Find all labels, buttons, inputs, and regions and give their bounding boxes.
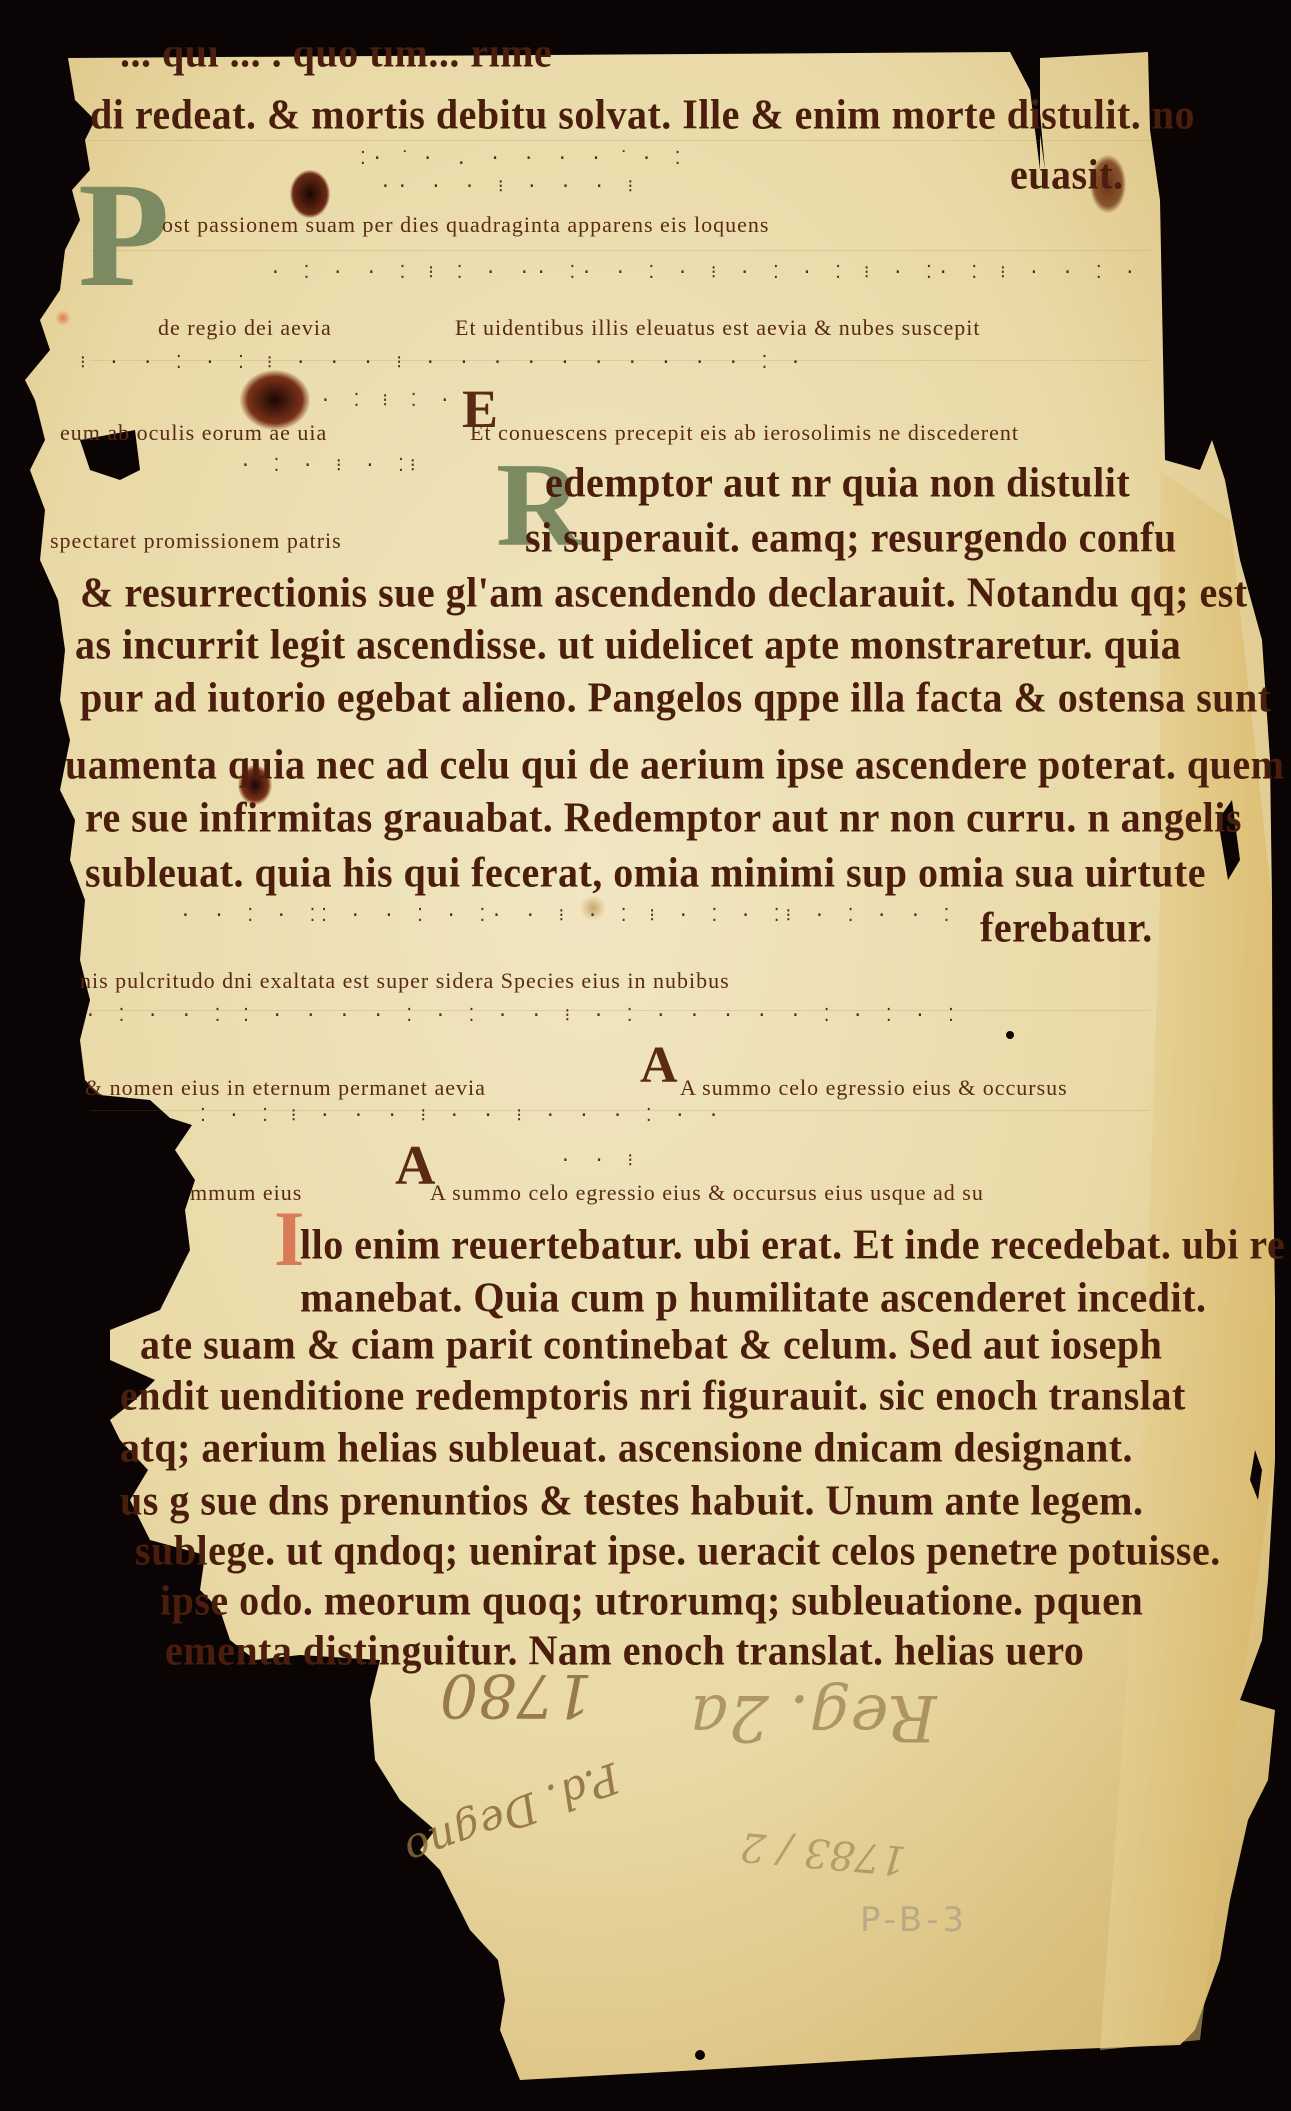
text-line: subleuat. quia his qui fecerat, omia min… <box>85 848 1206 897</box>
chant-text-line: Et conuescens precepit eis ab ierosolimi… <box>470 420 1019 446</box>
neume-row: ·· · · ⁝ · · · ⁝ <box>380 176 639 197</box>
chant-text-line: A summo celo egressio eius & occursus ei… <box>430 1180 984 1206</box>
text-line: euasit. <box>1010 150 1124 199</box>
chant-text-line: A summo celo egressio eius & occursus <box>680 1075 1068 1101</box>
text-line: edemptor aut nr quia non distulit <box>545 458 1130 507</box>
text-line: & resurrectionis sue gl'am ascendendo de… <box>80 568 1248 617</box>
chant-text-line: spectaret promissionem patris <box>50 528 342 554</box>
text-line: endit uenditione redemptoris nri figurau… <box>120 1371 1186 1420</box>
neume-row: · · ⁝ <box>560 1150 639 1171</box>
text-line: re sue infirmitas grauabat. Redemptor au… <box>85 793 1242 842</box>
neume-row: ⁝ · · ⁚ · ⁚ ⁝ · · · ⁝ · · · · · · · · · … <box>80 352 807 373</box>
text-line: us g sue dns prenuntios & testes habuit.… <box>120 1476 1143 1525</box>
text-line: manebat. Quia cum p humilitate ascendere… <box>300 1273 1206 1322</box>
burn-stain <box>290 170 330 218</box>
chant-text-line: ost passionem suam per dies quadraginta … <box>162 212 769 238</box>
text-line: si superauit. eamq; resurgendo confu <box>525 513 1177 562</box>
text-line: llo enim reuertebatur. ubi erat. Et inde… <box>300 1220 1285 1269</box>
neume-row: · ⁚ ⁝ ⁚ · <box>320 390 456 411</box>
ruling-line <box>90 250 1150 251</box>
chant-initial-a: A <box>640 1040 678 1092</box>
chant-text-line: nis pulcritudo dni exaltata est super si… <box>80 968 730 994</box>
neume-row: · ⁚ · ⁝ · ⁚⁝ <box>240 455 422 476</box>
neume-row: ⁚ · ⁚ ⁝ · · · ⁝ · · ⁝ · · · ⁚ · · <box>200 1105 725 1126</box>
ruling-line <box>90 140 1150 141</box>
chant-text-line: eum ab oculis eorum ae uia <box>60 420 327 446</box>
neume-row: · ⁚ · · ⁚ ⁚ · · · · ⁚ · ⁚ · · ⁝ · ⁚ · · … <box>85 1005 960 1026</box>
chant-text-line: mmum eius <box>190 1180 302 1206</box>
text-line: as incurrit legit ascendisse. ut uidelic… <box>75 620 1181 669</box>
neume-row: · ⁚ · · ⁚ ⁝ ⁚ · ·· ⁚· · ⁚ · ⁝ · ⁚ · ⁚ ⁝ … <box>270 262 1141 283</box>
inverted-date-inscription: 1780 <box>440 1660 593 1730</box>
chant-text-line: Et uidentibus illis eleuatus est aevia &… <box>455 315 980 341</box>
text-line: atq; aerium helias subleuat. ascensione … <box>120 1423 1133 1472</box>
decorated-initial-p: P <box>78 160 170 310</box>
neume-row: · · ⁚ · ⁚⁚ · · ⁚ · ⁚· · ⁝ · ⁚ ⁝ · ⁚ · ⁚⁝… <box>180 905 955 926</box>
text-line: uamenta quia nec ad celu qui de aerium i… <box>65 740 1284 789</box>
chant-text-line: & nomen eius in eternum permanet aevia <box>85 1075 486 1101</box>
text-line: ate suam & ciam parit continebat & celum… <box>140 1320 1162 1369</box>
text-line: sublege. ut qndoq; uenirat ipse. ueracit… <box>135 1526 1221 1575</box>
text-line: ementa distinguitur. Nam enoch translat.… <box>165 1626 1084 1675</box>
text-line: ipse odo. meorum quoq; utrorumq; subleua… <box>160 1576 1143 1625</box>
text-line: di redeat. & mortis debitu solvat. Ille … <box>90 90 1195 139</box>
orange-spot <box>55 310 71 326</box>
shelfmark-label: P-B-3 <box>860 1900 968 1940</box>
manuscript-photograph: ⁚· ̇ · . · · · · ̇ · ⁚ ·· · · ⁝ · · · ⁝ … <box>0 0 1291 2111</box>
inverted-initial-inscription: Reg. 2a <box>690 1680 937 1754</box>
neume-row: ⁚· ̇ · . · · · · ̇ · ⁚ <box>360 148 687 169</box>
text-line: pur ad iutorio egebat alieno. Pangelos q… <box>80 673 1272 722</box>
text-line: ferebatur. <box>980 903 1153 952</box>
chant-text-line: de regio dei aevia <box>158 315 332 341</box>
